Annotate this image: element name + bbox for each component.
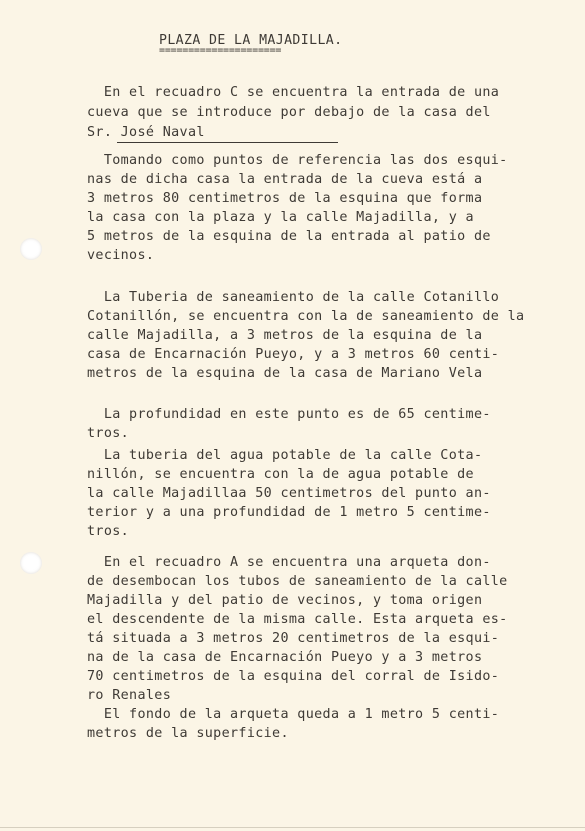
name-underline bbox=[117, 142, 338, 143]
text-line: metros de la esquina de la casa de Maria… bbox=[87, 366, 482, 382]
title-double-underline: ===================== bbox=[159, 46, 281, 56]
text-line: En el recuadro C se encuentra la entrada… bbox=[87, 85, 499, 101]
text-line: la casa con la plaza y la calle Majadill… bbox=[87, 210, 474, 226]
text-line: 5 metros de la esquina de la entrada al … bbox=[87, 229, 491, 245]
text-line: el descendente de la misma calle. Esta a… bbox=[87, 612, 508, 628]
text-line: calle Majadilla, a 3 metros de la esquin… bbox=[87, 328, 482, 344]
text-line: tá situada a 3 metros 20 centimetros de … bbox=[87, 631, 499, 647]
text-line: El fondo de la arqueta queda a 1 metro 5… bbox=[87, 707, 499, 723]
text-line: tros. bbox=[87, 426, 129, 442]
text-line: ro Renales bbox=[87, 688, 171, 704]
text-line: de desembocan los tubos de saneamiento d… bbox=[87, 574, 508, 590]
text-line: nas de dicha casa la entrada de la cueva… bbox=[87, 172, 482, 188]
text-line: Cotanillón, se encuentra con la de sanea… bbox=[87, 309, 524, 325]
text-line: terior y a una profundidad de 1 metro 5 … bbox=[87, 505, 491, 521]
document-page: PLAZA DE LA MAJADILLA. =================… bbox=[0, 0, 585, 831]
text-line: 3 metros 80 centimetros de la esquina qu… bbox=[87, 191, 482, 207]
page-bottom-edge bbox=[0, 827, 585, 828]
text-line: 70 centimetros de la esquina del corral … bbox=[87, 669, 499, 685]
text-line: nillón, se encuentra con la de agua pota… bbox=[87, 467, 474, 483]
text-line: Tomando como puntos de referencia las do… bbox=[87, 153, 508, 169]
text-line: Sr. José Naval bbox=[87, 125, 205, 141]
text-line: metros de la superficie. bbox=[87, 726, 289, 742]
text-line: la calle Majadillaa 50 centimetros del p… bbox=[87, 486, 491, 502]
text-line: Majadilla y del patio de vecinos, y toma… bbox=[87, 593, 482, 609]
text-line: tros. bbox=[87, 524, 129, 540]
text-line: cueva que se introduce por debajo de la … bbox=[87, 105, 491, 121]
punch-hole-top bbox=[20, 238, 42, 260]
text-line: La Tuberia de saneamiento de la calle Co… bbox=[87, 290, 499, 306]
text-line: En el recuadro A se encuentra una arquet… bbox=[87, 555, 491, 571]
punch-hole-bottom bbox=[20, 552, 42, 574]
text-line: na de la casa de Encarnación Pueyo y a 3… bbox=[87, 650, 482, 666]
text-line: La tuberia del agua potable de la calle … bbox=[87, 448, 482, 464]
text-line: vecinos. bbox=[87, 248, 154, 264]
text-line: casa de Encarnación Pueyo, y a 3 metros … bbox=[87, 347, 499, 363]
text-line: La profundidad en este punto es de 65 ce… bbox=[87, 407, 491, 423]
